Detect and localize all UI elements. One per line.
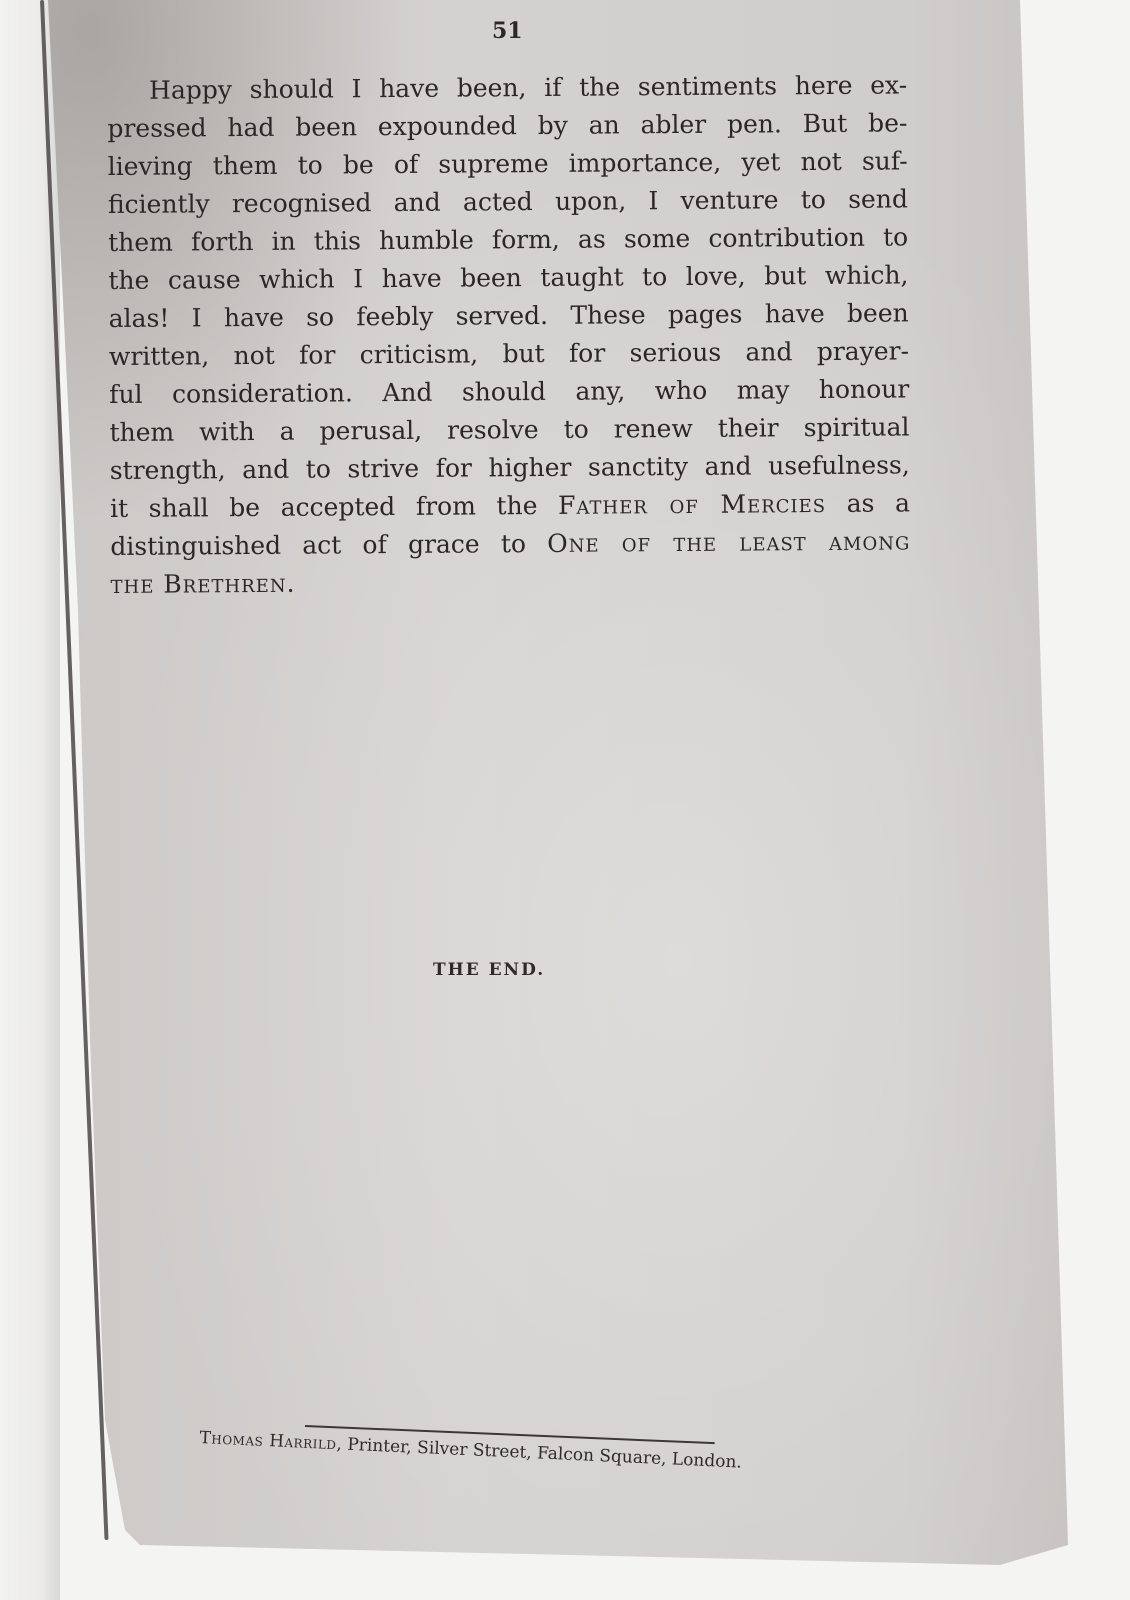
text-line: it shall be accepted from the Father of … bbox=[110, 484, 910, 528]
text-line: pressed had been expounded by an abler p… bbox=[107, 104, 907, 148]
text-line: strength, and to strive for higher sanct… bbox=[110, 446, 910, 490]
text-line: alas! I have so feebly served. These pag… bbox=[109, 294, 909, 338]
small-caps-phrase: Father of Mercies bbox=[558, 489, 826, 520]
text-segment: it shall be accepted from the bbox=[110, 491, 558, 523]
text-line: them forth in this humble form, as some … bbox=[108, 218, 908, 262]
body-paragraph: Happy should I have been, if the sentime… bbox=[107, 66, 911, 604]
the-end-heading: THE END. bbox=[433, 960, 545, 980]
text-line: written, not for criticism, but for seri… bbox=[109, 332, 909, 376]
text-line: distinguished act of grace to One of the… bbox=[110, 522, 910, 566]
text-line: the Brethren. bbox=[110, 560, 910, 604]
text-segment: distinguished act of grace to bbox=[110, 529, 547, 561]
text-line: Happy should I have been, if the sentime… bbox=[107, 66, 907, 110]
small-caps-phrase: One of the least among bbox=[547, 526, 910, 558]
text-line: them with a perusal, resolve to renew th… bbox=[109, 408, 909, 452]
text-line: ful consideration. And should any, who m… bbox=[109, 370, 909, 414]
text-segment: . bbox=[286, 569, 294, 598]
text-line: lieving them to be of supreme importance… bbox=[108, 142, 908, 186]
text-line: the cause which I have been taught to lo… bbox=[108, 256, 908, 300]
page-number: 51 bbox=[492, 18, 523, 44]
text-line: ficiently recognised and acted upon, I v… bbox=[108, 180, 908, 224]
small-caps-phrase: the Brethren bbox=[110, 569, 286, 599]
text-segment: as a bbox=[826, 488, 910, 518]
